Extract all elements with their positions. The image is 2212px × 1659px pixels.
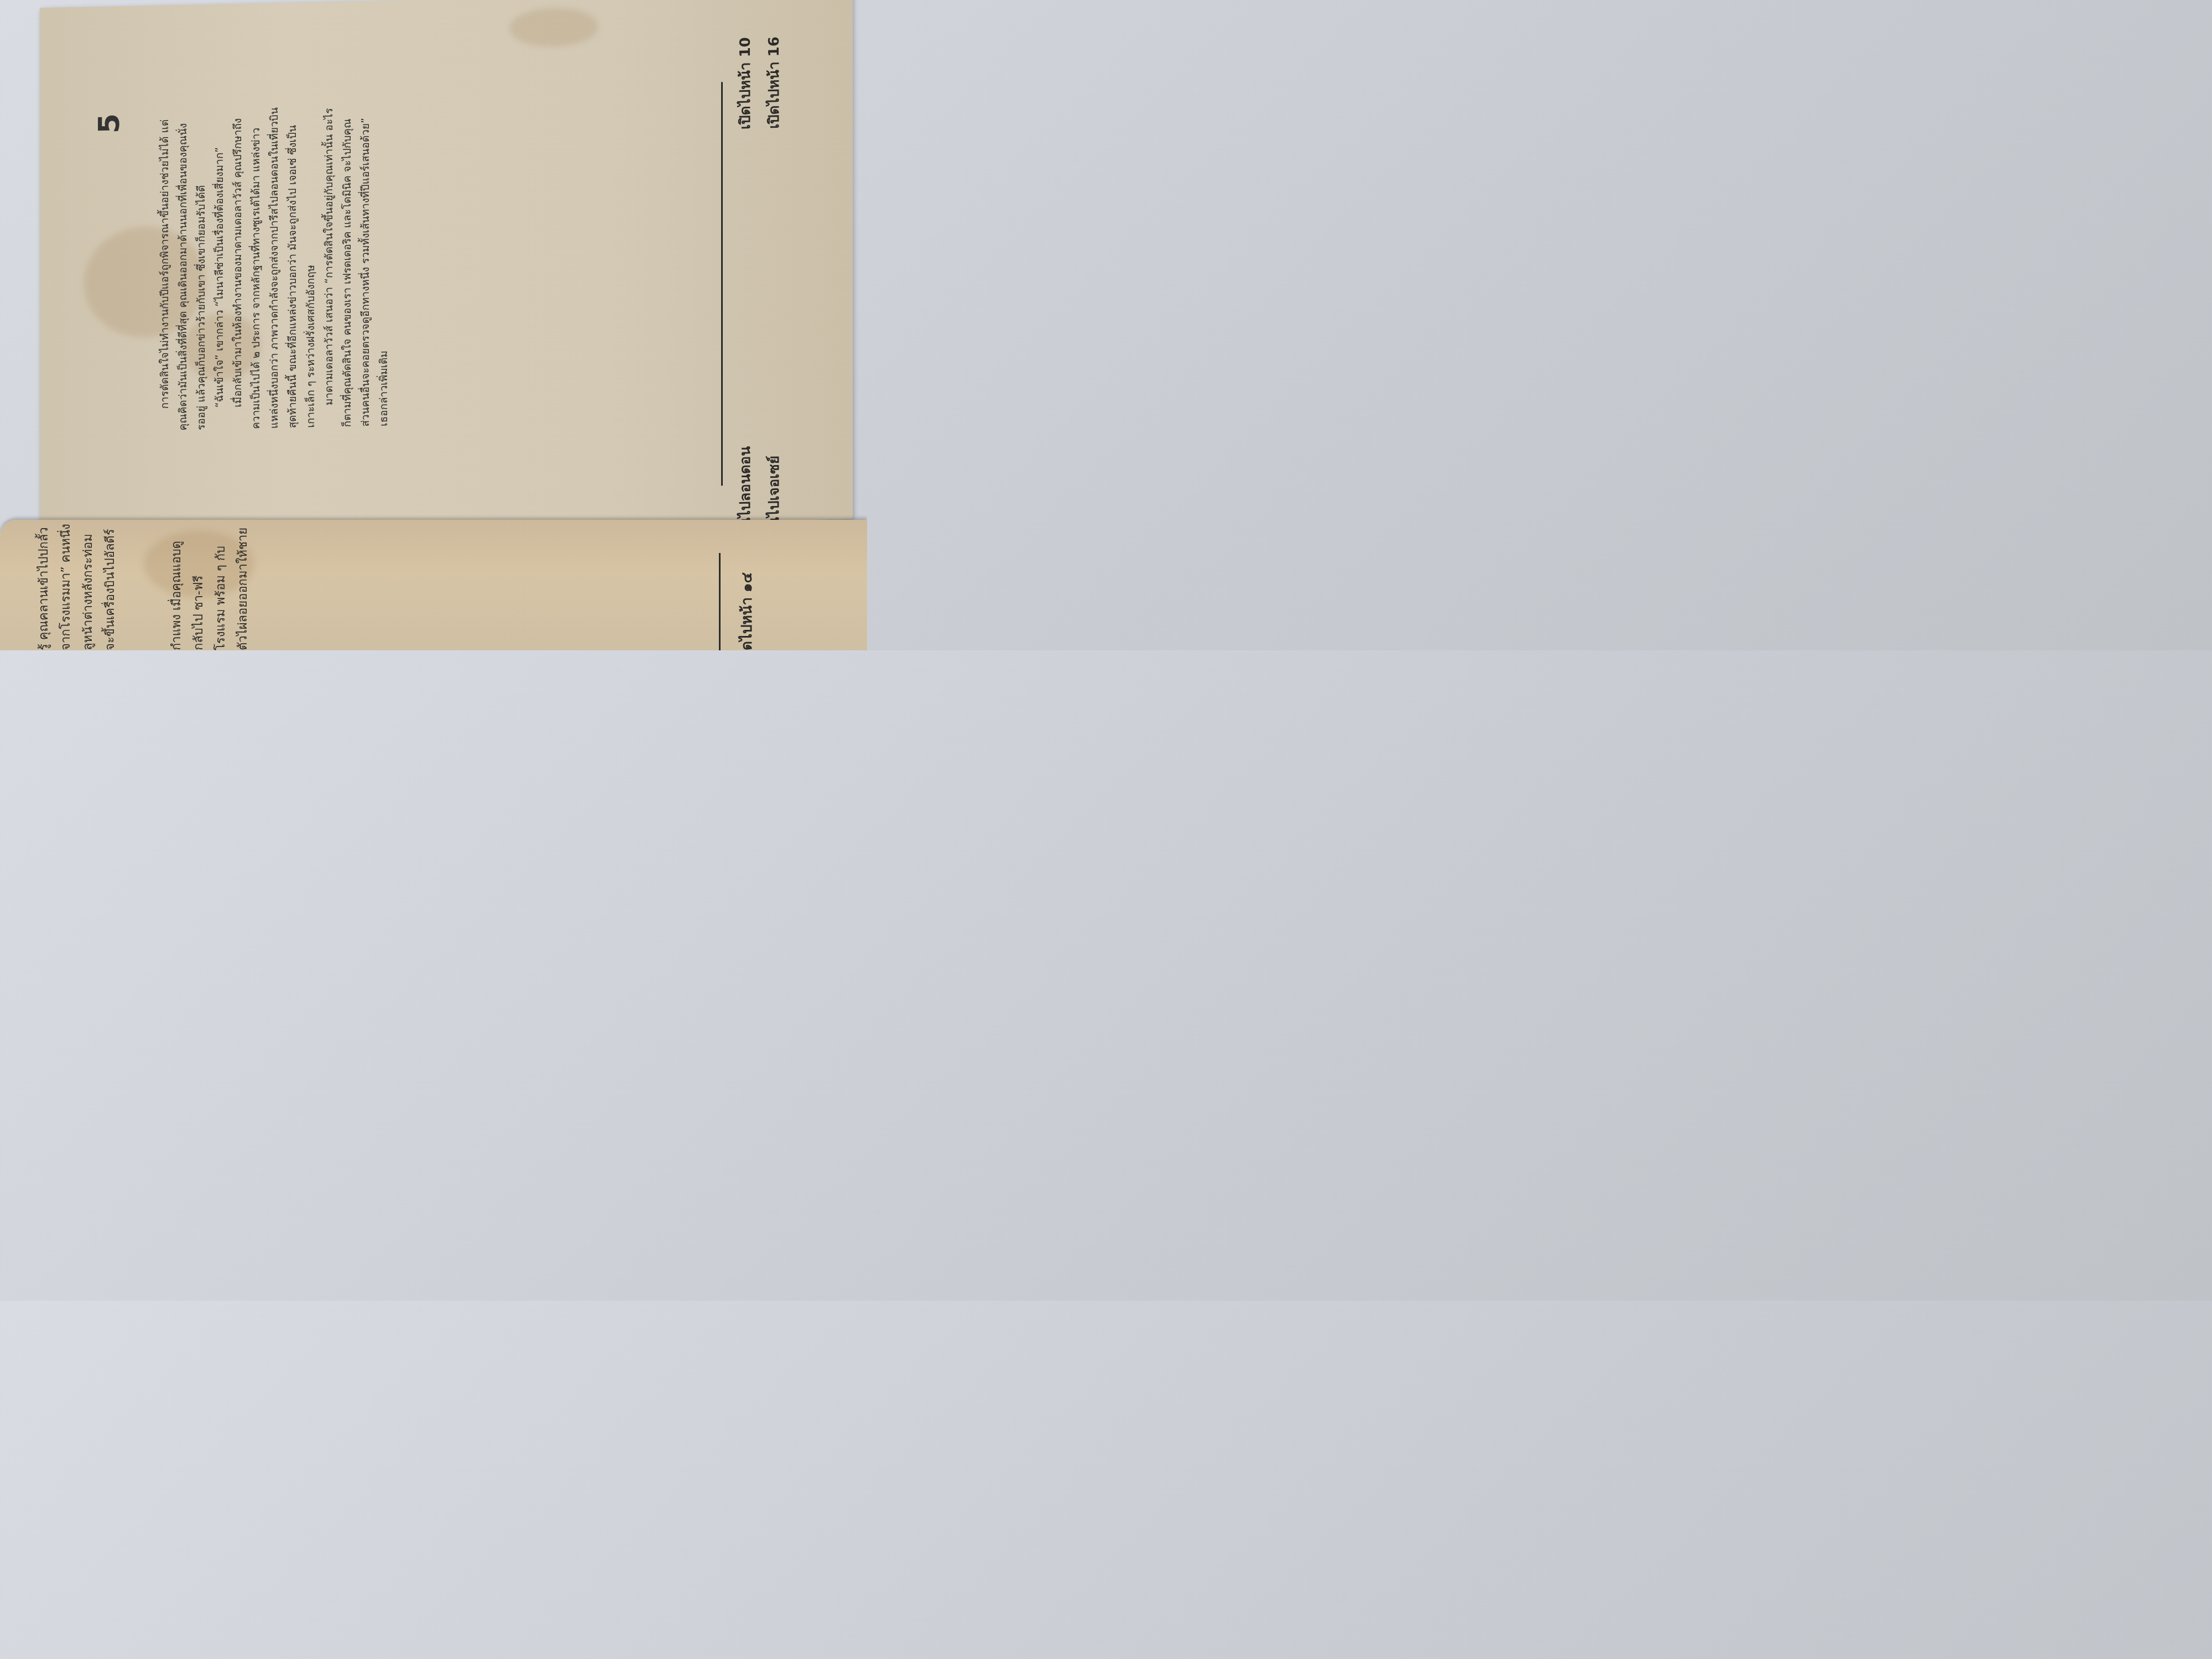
right-book-page: 5 การตัดสินใจไม่ทำงานกับปีแอร์ถูกพิจารณา… <box>40 0 853 536</box>
left-page-footer: ดไปหน้า ๑๔ <box>735 572 758 650</box>
body-text: การตัดสินใจไม่ทำงานกับปีแอร์ถูกพิจารณาขึ… <box>156 105 393 431</box>
paragraph-line: แหล่งหนึ่งบอกว่า ภาพวาดกำลังจะถูกส่งจากป… <box>265 107 284 429</box>
text-fragment: รู้ คุณคลานเข้าไปปกลั้ว <box>33 524 55 650</box>
paragraph-line: “ฉันเข้าใจ” เขากล่าว “ไมนาลีซ่าเป็นเรื่อ… <box>211 108 229 430</box>
paragraph-line: ความเป็นไปได้ ๒ ประการ จากหลักฐานที่ทางซ… <box>247 108 265 430</box>
paragraph-line: คุณคิดว่ามันเป็นสิ่งที่ดีที่สุด คุณเดินอ… <box>174 109 192 431</box>
paragraph-line: ก็ตามที่คุณตัดสินใจ คนของเรา เฟรดเดอริค … <box>338 106 357 427</box>
choice-divider <box>721 82 723 486</box>
left-page-text: รู้ คุณคลานเข้าไปปกลั้ว จากโรงแรมมา” คนห… <box>33 524 122 650</box>
text-fragment: โรงแรม พร้อม ๆ กับ <box>210 528 232 650</box>
water-stain <box>510 7 598 48</box>
left-page-text: กำแพง เมื่อคุณแอบดู กลับไป ซา-ฟรี โรงแรม… <box>166 528 254 650</box>
text-fragment: จากโรงแรมมา” คนหนึ่ง <box>55 524 77 650</box>
paragraph-line: ส่วนคนอื่นจะคอยตรวจดูอีกทางหนึ่ง รวมทั้ง… <box>357 105 375 427</box>
paragraph-line: เมื่อกลับเข้ามาในห้องทำงานของมาดามเดอลาว… <box>229 108 247 430</box>
paragraph-line: การตัดสินใจไม่ทำงานกับปีแอร์ถูกพิจารณาขึ… <box>156 109 174 431</box>
page-number: 5 <box>93 113 126 134</box>
choice-goto: เปิดไปหน้า 10 <box>731 37 760 130</box>
text-fragment: ลูหน้าต่างหลังกระท่อม <box>77 524 100 650</box>
left-book-page: รู้ คุณคลานเข้าไปปกลั้ว จากโรงแรมมา” คนห… <box>0 520 867 650</box>
footer-divider <box>719 553 721 650</box>
paragraph-line: เกาะเล็ก ๆ ระหว่างฝรั่งเศสกับอังกฤษ <box>302 106 320 428</box>
text-fragment: จะขึ้นเครื่องบินไปอัลดีร์ <box>100 524 122 650</box>
text-fragment: กำแพง เมื่อคุณแอบดู <box>166 528 188 650</box>
choice-goto: เปิดไปหน้า 16 <box>760 36 789 129</box>
text-fragment: กลับไป ซา-ฟรี <box>188 528 210 650</box>
text-fragment: ตัวไผ่ลอยออกมาให้ชาย <box>232 528 254 650</box>
paragraph-line: เธอกล่าวเพิ่มเติม <box>375 105 393 427</box>
paragraph-line: รออยู่ แล้วคุณก็บอกข่าวร้ายกับเขา ซึ่งเข… <box>192 109 211 431</box>
paragraph-line: มาดามเดอลาวัวส์ เสนอว่า “การตัดสินใจขึ้น… <box>320 106 338 428</box>
paragraph-line: สุดท้ายคืนนี้ ขณะที่อีกแหล่งข่าวบอกว่า ม… <box>284 107 302 429</box>
